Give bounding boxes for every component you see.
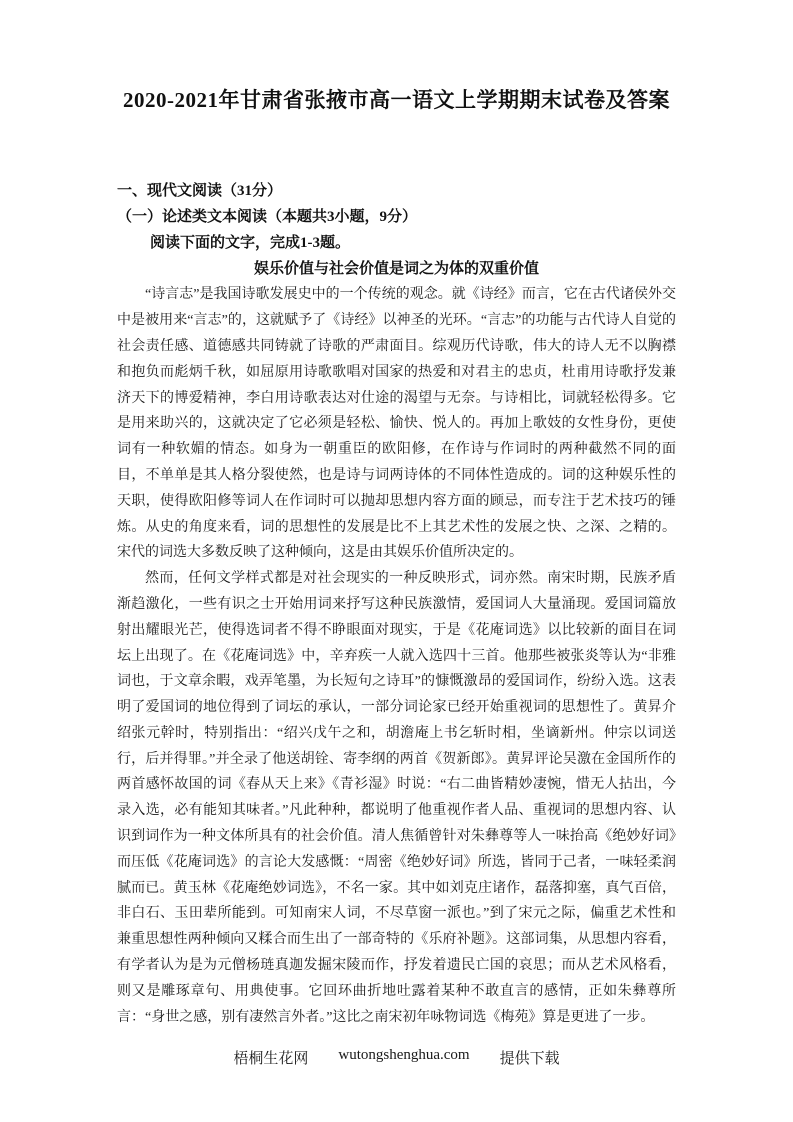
subsection-heading: （一）论述类文本阅读（本题共3小题，9分） [117,204,676,230]
document-page: 2020-2021年甘肃省张掖市高一语文上学期期末试卷及答案 一、现代文阅读（3… [0,0,793,1122]
document-content: 2020-2021年甘肃省张掖市高一语文上学期期末试卷及答案 一、现代文阅读（3… [0,0,793,1030]
essay-paragraph-2: 然而，任何文学样式都是对社会现实的一种反映形式，词亦然。南宋时期，民族矛盾渐趋激… [117,566,676,1030]
essay-title: 娱乐价值与社会价值是词之为体的双重价值 [117,256,676,282]
reading-instruction: 阅读下面的文字，完成1-3题。 [117,230,676,256]
document-title: 2020-2021年甘肃省张掖市高一语文上学期期末试卷及答案 [117,86,676,114]
page-footer: 梧桐生花网 wutongshenghua.com 提供下载 [0,1047,793,1068]
footer-download-label: 提供下载 [500,1047,560,1068]
essay-paragraph-1: “诗言志”是我国诗歌发展史中的一个传统的观念。就《诗经》而言，它在古代诸侯外交中… [117,282,676,566]
footer-site-name: 梧桐生花网 [233,1047,308,1068]
section-heading: 一、现代文阅读（31分） [117,178,676,204]
footer-site-url: wutongshenghua.com [338,1047,469,1068]
